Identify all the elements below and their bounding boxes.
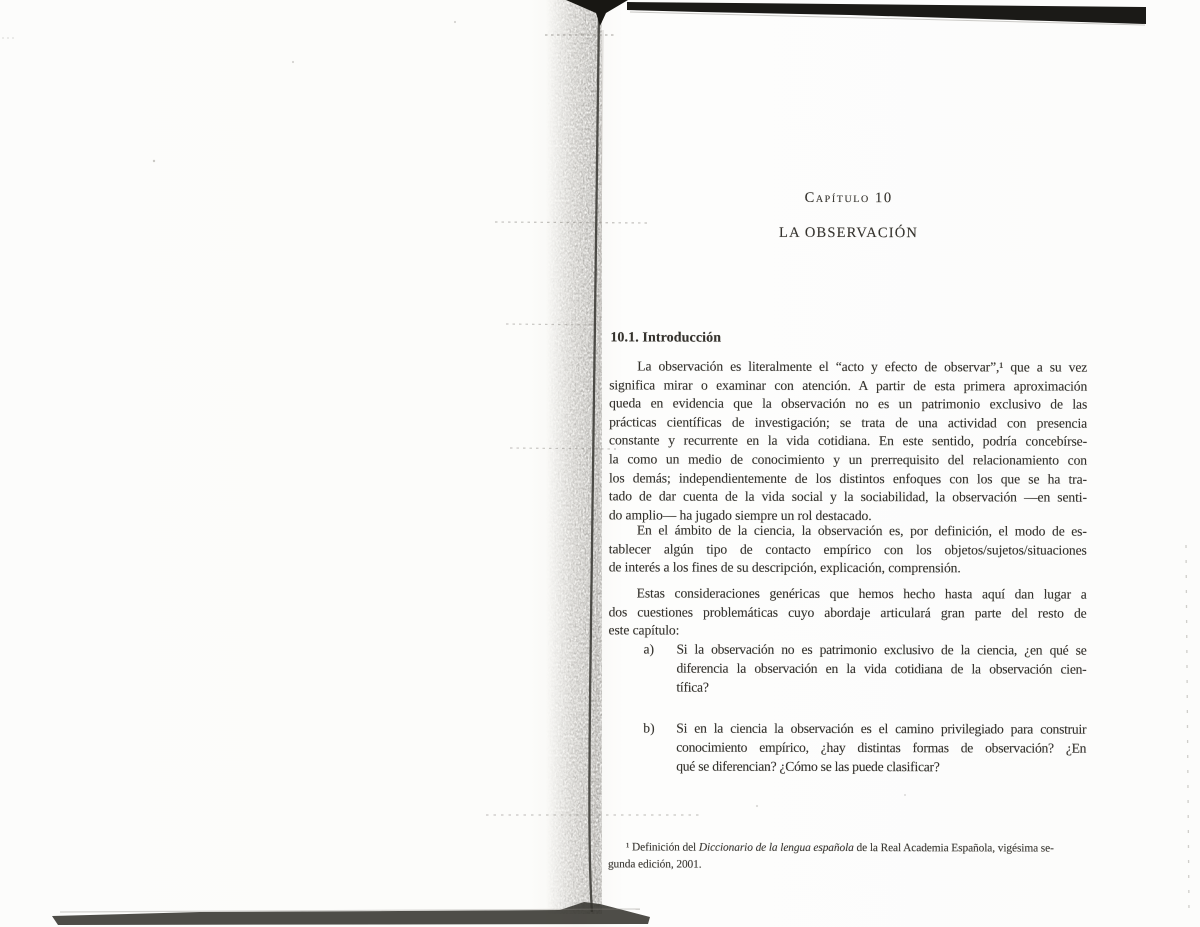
text-line: de interés a los fines de su descripción… <box>609 559 1087 579</box>
chapter-title: LA OBSERVACIÓN <box>610 224 1088 242</box>
text-line: los demás; independientemente de los dis… <box>609 469 1087 489</box>
text-line: La observación es literalmente el “acto … <box>609 357 1087 377</box>
footnote: ¹ Definición del Diccionario de la lengu… <box>608 839 1088 873</box>
text-line: constante y recurrente en la vida cotidi… <box>609 432 1087 452</box>
scan-speck <box>292 61 294 63</box>
text-column: Capítulo 10 LA OBSERVACIÓN 10.1. Introdu… <box>608 0 1088 927</box>
text-line: este capítulo: <box>609 622 1087 642</box>
list-marker-a: a) <box>643 639 654 658</box>
text-line: diferencia la observación en la vida cot… <box>676 659 1086 679</box>
scan-right-edge-dashes <box>1186 545 1189 912</box>
text-line: En el ámbito de la ciencia, la observaci… <box>609 521 1087 541</box>
page-curl-edge-line <box>589 12 599 912</box>
paragraph-intro: La observación es literalmente el “acto … <box>609 357 1087 526</box>
text-line: tablecer algún tipo de contacto empírico… <box>609 540 1087 560</box>
text-line: significa mirar o examinar con atención.… <box>609 376 1087 396</box>
text-line: tado de dar cuenta de la vida social y l… <box>609 488 1087 508</box>
text-line: Si en la ciencia la observación es el ca… <box>676 719 1086 739</box>
scan-edge-bottom <box>52 902 650 925</box>
section-heading: 10.1. Introducción <box>610 330 721 346</box>
text-line: dos cuestiones problemáticas cuyo aborda… <box>609 603 1087 623</box>
scanned-book-page: Capítulo 10 LA OBSERVACIÓN 10.1. Introdu… <box>0 0 1200 927</box>
text-line: qué se diferencian? ¿Cómo se las puede c… <box>676 757 1086 777</box>
text-line: la como un medio de conocimiento y un pr… <box>609 450 1087 470</box>
fold-dotted-line <box>506 324 601 325</box>
page-curl-grain <box>546 0 602 914</box>
footnote-line: gunda edición, 2001. <box>608 856 1088 874</box>
footnote-line: ¹ Definición del Diccionario de la lengu… <box>608 839 1088 857</box>
text-line: tífica? <box>676 678 1086 698</box>
list-marker-b: b) <box>643 718 654 737</box>
scan-speck <box>454 21 456 23</box>
fold-dotted-line <box>510 448 616 449</box>
text-line: Estas consideraciones genéricas que hemo… <box>609 584 1087 604</box>
footnote-italic-title: Diccionario de la lengua española <box>699 842 854 854</box>
footnote-text: de la Real Academia Española, vigésima s… <box>854 842 1054 855</box>
scan-speck <box>153 160 155 162</box>
paragraph-science: En el ámbito de la ciencia, la observaci… <box>609 521 1087 578</box>
paragraph-questions: Estas consideraciones genéricas que hemo… <box>609 584 1087 641</box>
text-line: prácticas científicas de investigación; … <box>609 413 1087 433</box>
footnote-text: ¹ Definición del <box>626 841 699 853</box>
text-line: Si la observación no es patrimonio exclu… <box>676 640 1086 660</box>
scan-edge-bottom-fringe <box>60 909 640 912</box>
page-curl-edge-shadow <box>594 30 603 900</box>
list-item-b: b) Si en la ciencia la observación es el… <box>676 719 1086 777</box>
text-line: queda en evidencia que la observación no… <box>609 395 1087 415</box>
text-line: conocimiento empírico, ¿hay distintas fo… <box>676 738 1086 758</box>
list-item-a: a) Si la observación no es patrimonio ex… <box>676 640 1086 698</box>
chapter-label: Capítulo 10 <box>610 189 1088 207</box>
